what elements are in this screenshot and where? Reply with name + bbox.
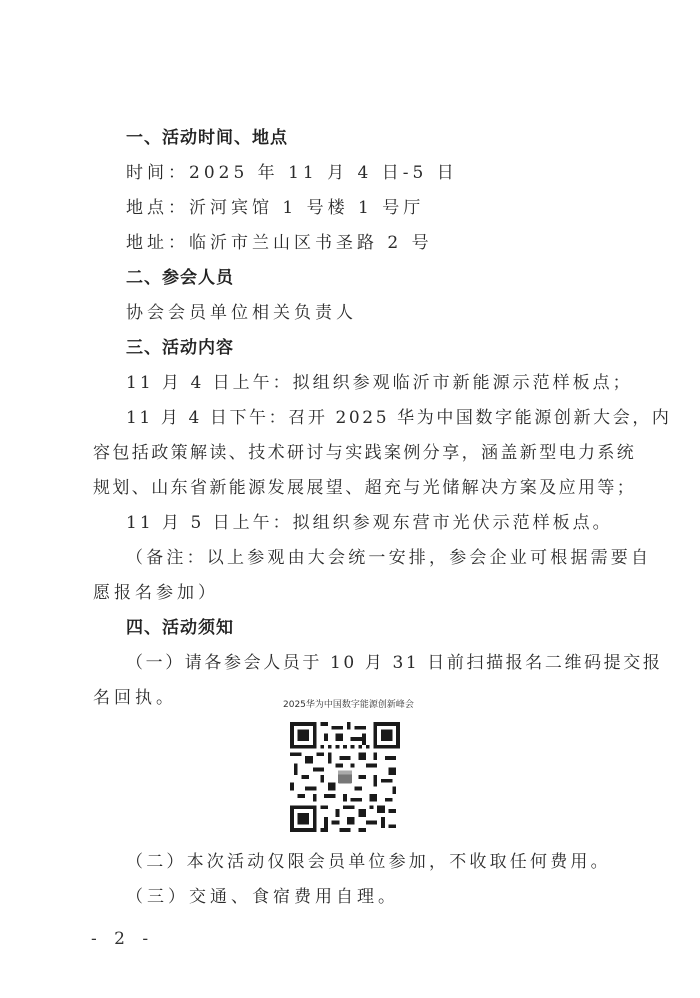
notice-item: （三）交通、食宿费用自理。 (126, 886, 399, 908)
qr-caption: 2025华为中国数字能源创新峰会 (283, 697, 414, 710)
content-note: （备注：以上参观由大会统一安排，参会企业可根据需要自 (126, 547, 651, 569)
content-line: 容包括政策解读、技术研讨与实践案例分享，涵盖新型电力系统 (93, 442, 636, 464)
event-time: 时间：2025 年 11 月 4 日-5 日 (126, 162, 458, 184)
content-line: 11 月 5 日上午：拟组织参观东营市光伏示范样板点。 (126, 512, 613, 534)
content-line: 11 月 4 日上午：拟组织参观临沂市新能源示范样板点； (126, 372, 633, 394)
qr-code-icon[interactable] (290, 722, 400, 832)
section-heading-1: 一、活动时间、地点 (126, 127, 288, 149)
event-address: 地址：临沂市兰山区书圣路 2 号 (126, 232, 433, 254)
notice-item: （一）请各参会人员于 10 月 31 日前扫描报名二维码提交报 (126, 652, 662, 674)
content-note: 愿报名参加） (93, 582, 219, 604)
event-venue: 地点：沂河宾馆 1 号楼 1 号厅 (126, 197, 424, 219)
content-line: 规划、山东省新能源发展展望、超充与光储解决方案及应用等； (93, 477, 636, 499)
section-heading-4: 四、活动须知 (126, 617, 234, 639)
attendees-text: 协会会员单位相关负责人 (126, 302, 357, 324)
notice-item: （二）本次活动仅限会员单位参加，不收取任何费用。 (126, 851, 611, 873)
page-number: - 2 - (91, 929, 154, 949)
section-heading-2: 二、参会人员 (126, 267, 234, 289)
content-line: 11 月 4 日下午：召开 2025 华为中国数字能源创新大会，内 (126, 407, 672, 429)
notice-item: 名回执。 (93, 687, 177, 709)
section-heading-3: 三、活动内容 (126, 337, 234, 359)
